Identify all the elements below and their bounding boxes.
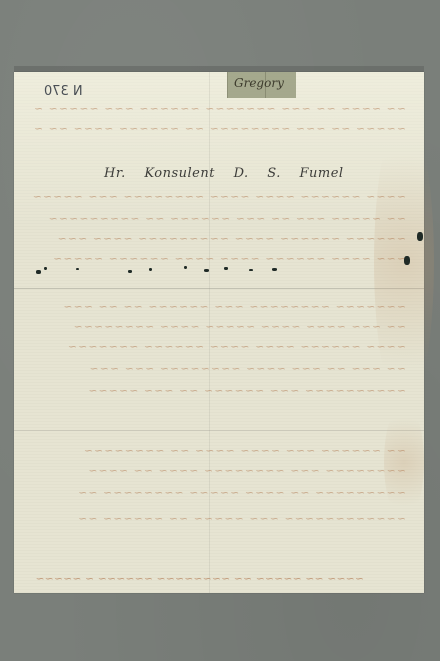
fold-line-horizontal-lower	[14, 430, 424, 431]
bleed-through-line: ~~~~~~~~~~ ~~~ ~~~~~~ ~~ ~~~ ~~~~~	[32, 384, 406, 394]
archive-number: N 370	[44, 84, 83, 99]
tape-label-text: Gregory	[234, 76, 284, 90]
bleed-through-line: ~~ ~~~~ ~~ ~~~ ~~~~~~~ ~~~~~~ ~~~ ~~~~~ …	[32, 102, 406, 112]
bottom-handwritten-line: ~~~~ ~~ ~~~~~ ~~ ~~~~~~~~ ~~~~~~ ~ ~~~~~	[36, 572, 364, 585]
bleed-through-line: ~~~~~~~ ~~~~~~~~ ~~~ ~~~~~~ ~~ ~~ ~~~	[32, 300, 406, 310]
recipient-line: Hr. Konsulent D. S. Fumel	[104, 166, 344, 181]
bleed-through-line: ~~~~~ ~~ ~~~ ~~~~~~~~ ~~ ~~~~~~ ~~~~ ~~ …	[32, 122, 406, 132]
fold-line-horizontal	[14, 288, 424, 289]
bleed-through-line: ~~~~ ~~~~~~ ~~~~ ~~~~ ~~~~~~~~ ~~~ ~~~~~…	[32, 190, 406, 200]
bleed-through-line: ~~~~~~ ~~~~~~ ~~~~ ~~~~~~~~~ ~~~~ ~~~	[32, 232, 406, 242]
letter-page: ~~ ~~~~ ~~ ~~~ ~~~~~~~ ~~~~~~ ~~~ ~~~~~ …	[14, 72, 424, 593]
bleed-through-line: ~~~~~~~~~~~~ ~~~ ~~~~~ ~~ ~~~~~~ ~~	[32, 512, 406, 522]
bleed-through-line: ~~~~ ~~~~~~ ~~~~ ~~~~ ~~~~~~ ~~~~~~~	[32, 340, 406, 350]
bleed-through-line: ~~ ~~~ ~~ ~~~ ~~~~ ~~~~~~~~ ~~~ ~~~	[32, 362, 406, 372]
foxing-stain	[384, 402, 424, 522]
bleed-through-line: ~~ ~~~~~ ~~~ ~~ ~~~ ~~~~~~ ~~ ~~~~~~~~~	[32, 212, 406, 222]
bleed-through-line: ~~ ~~~ ~~~~ ~~~~ ~~~~~ ~~~~ ~~~~~~~~	[32, 320, 406, 330]
bleed-through-line: ~~~~~~~~~ ~~ ~~~~ ~~~~~ ~~~~~~~~ ~~	[32, 486, 406, 496]
tape-label-strip: Gregory	[227, 72, 296, 98]
bleed-through-line: ~~ ~~~~~~ ~~~ ~~~~ ~~~~ ~~ ~~~~~~~~	[32, 444, 406, 454]
bleed-through-line: ~~~ ~~~~ ~~~~~~ ~~~~ ~~~~ ~~~~~~ ~~~~~	[32, 252, 406, 262]
bleed-through-line: ~~~~~~~~ ~~~ ~~~~~~~~ ~~~~ ~~ ~~~~	[32, 464, 406, 474]
ink-spots	[24, 264, 419, 284]
